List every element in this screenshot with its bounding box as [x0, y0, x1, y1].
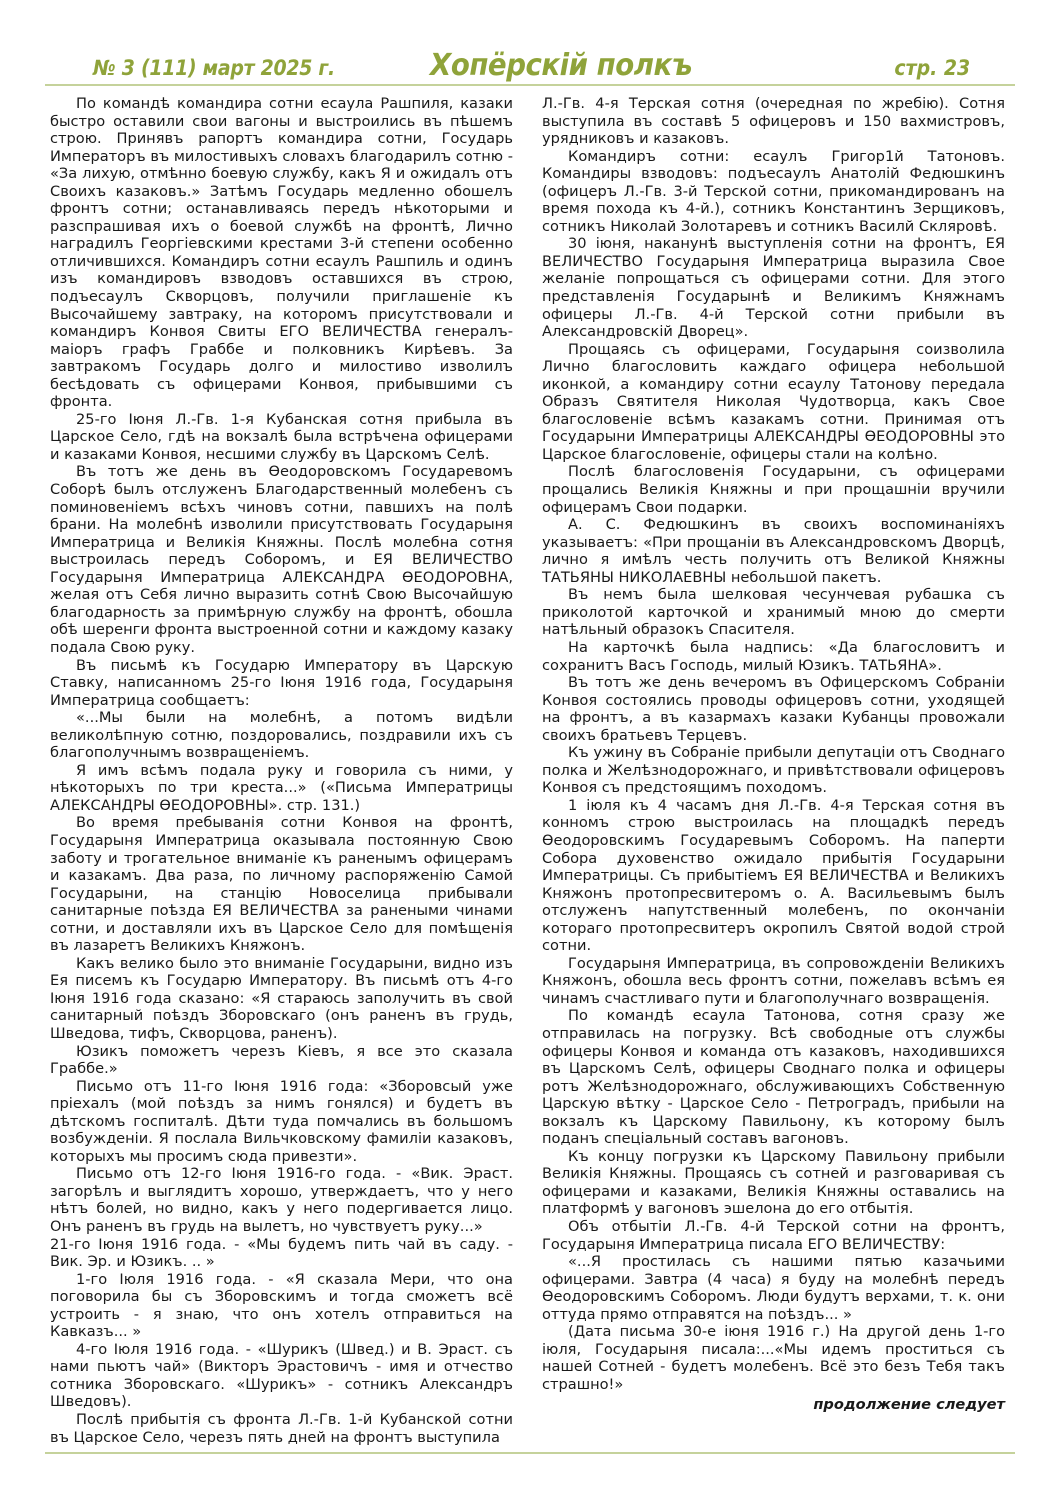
paragraph: 1 iюля къ 4 часамъ дня Л.-Гв. 4-я Терска… — [542, 797, 1005, 955]
paragraph: По командѣ командира сотни есаула Рашпил… — [50, 95, 513, 411]
article-body: По командѣ командира сотни есаула Рашпил… — [50, 95, 1012, 1445]
paragraph: Письмо отъ 12-го Iюня 1916-го года. - «В… — [50, 1165, 513, 1235]
paragraph: 1-го Iюля 1916 года. - «Я сказала Мери, … — [50, 1271, 513, 1341]
paragraph: Въ тотъ же день въ Ѳеодоровскомъ Государ… — [50, 463, 513, 656]
paragraph: Къ концу погрузки къ Царскому Павильону … — [542, 1148, 1005, 1218]
paragraph: Въ тотъ же день вечеромъ въ Офицерскомъ … — [542, 674, 1005, 744]
paragraph: Л.-Гв. 4-я Терская сотня (очередная по ж… — [542, 95, 1005, 148]
quote-paragraph: «...Мы были на молебнѣ, а потомъ видѣли … — [50, 709, 513, 762]
paragraph: Послѣ благословенiя Государыни, съ офице… — [542, 463, 1005, 516]
continued-label: продолжение следует — [542, 1395, 1005, 1415]
paragraph: Какъ велико было это вниманiе Государыни… — [50, 955, 513, 1043]
header-divider — [45, 84, 1015, 86]
paragraph: Во время пребыванiя сотни Конвоя на фрон… — [50, 814, 513, 954]
paragraph: Прощаясь съ офицерами, Государыня соизво… — [542, 341, 1005, 464]
paragraph: 25-го Iюня Л.-Гв. 1-я Кубанская сотня пр… — [50, 411, 513, 464]
footer-divider — [45, 1452, 1015, 1454]
paragraph: Къ ужину въ Собранiе прибыли депутацiи о… — [542, 744, 1005, 797]
paragraph: Объ отбытiи Л.-Гв. 4-й Терской сотни на … — [542, 1218, 1005, 1253]
paragraph: По командѣ есаула Татонова, сотня сразу … — [542, 1007, 1005, 1147]
paragraph: Государыня Императрица, въ сопровожденiи… — [542, 955, 1005, 1008]
paragraph: 4-го Iюля 1916 года. - «Шурикъ (Швед.) и… — [50, 1341, 513, 1411]
paragraph: Командиръ сотни: есаулъ Григор1й Татонов… — [542, 148, 1005, 236]
quote-paragraph: Я имъ всѣмъ подала руку и говорила съ ни… — [50, 762, 513, 815]
page-header: № 3 (111) март 2025 г. Хопёрскiй полкъ с… — [45, 50, 1015, 82]
paragraph: Въ немъ была шелковая чесунчевая рубашка… — [542, 586, 1005, 639]
paragraph: А. С. Федюшкинъ въ своихъ воспоминанiяхъ… — [542, 516, 1005, 586]
quote-paragraph: «...Я простилась съ нашими пятью казачьи… — [542, 1253, 1005, 1323]
paragraph: 30 iюня, наканунѣ выступленiя сотни на ф… — [542, 235, 1005, 340]
paragraph: 21-го Iюня 1916 года. - «Мы будемъ пить … — [50, 1236, 513, 1271]
page-number: стр. 23 — [894, 56, 970, 80]
quote-paragraph: Юзикъ поможетъ черезъ Кiевъ, я все это с… — [50, 1043, 513, 1078]
left-column: По командѣ командира сотни есаула Рашпил… — [50, 95, 513, 1446]
paragraph: (Дата письма 30-е iюня 1916 г.) На друго… — [542, 1323, 1005, 1393]
publication-title: Хопёрскiй полкъ — [430, 48, 692, 83]
right-column: Л.-Гв. 4-я Терская сотня (очередная по ж… — [542, 95, 1005, 1415]
paragraph: Письмо отъ 11-го Iюня 1916 года: «Зборов… — [50, 1078, 513, 1166]
paragraph: Въ письмѣ къ Государю Императору въ Царс… — [50, 657, 513, 710]
paragraph: Послѣ прибытiя съ фронта Л.-Гв. 1-й Куба… — [50, 1411, 513, 1446]
issue-number: № 3 (111) март 2025 г. — [93, 56, 335, 80]
paragraph: На карточкѣ была надпись: «Да благослови… — [542, 639, 1005, 674]
